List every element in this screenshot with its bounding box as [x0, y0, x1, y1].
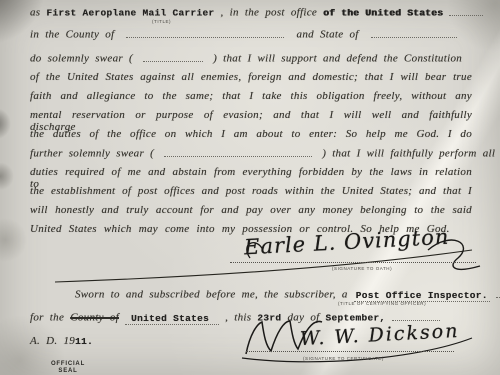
state-label: and State of — [297, 29, 359, 41]
jurisdiction-typed: United States — [125, 313, 219, 325]
state-blank — [371, 28, 457, 38]
seal-line-2: SEAL — [46, 368, 90, 375]
seal-line-1: OFFICIAL — [46, 361, 90, 368]
dotted-blank — [496, 288, 500, 298]
title-line: as First Aeroplane Mail Carrier , in the… — [30, 6, 472, 19]
swear-close: ) that I will support and defend the Con… — [213, 53, 462, 65]
certifier-caption: (TITLE OF CERTIFYING OFFICER) — [338, 301, 426, 306]
this-label: , this — [225, 312, 251, 324]
swear-blank — [143, 52, 203, 62]
year-typed: 11. — [75, 336, 93, 347]
oath-line: faith and allegiance to the same; that I… — [30, 90, 472, 102]
for-the-label: for the — [30, 312, 64, 324]
further-oath-line: further solemnly swear ( ) that I will f… — [30, 147, 472, 160]
post-office-phrase: , in the post office — [221, 7, 318, 19]
title-caption: (TITLE) — [152, 19, 171, 24]
title-typed-value: First Aeroplane Mail Carrier — [46, 8, 214, 19]
office-typed-value: of the United States — [323, 8, 443, 19]
certificate-signature-caption: (SIGNATURE TO CERTIFICATE) — [303, 356, 384, 361]
swear-open: do solemnly swear ( — [30, 53, 133, 65]
oath-line: of the United States against all enemies… — [30, 71, 472, 83]
oath-line: the establishment of post offices and po… — [30, 185, 472, 197]
oath-line: the duties of the office on which I am a… — [30, 128, 472, 140]
certificate-signature-baseline — [246, 341, 454, 352]
oath-line: will honestly and truly account for and … — [30, 204, 472, 216]
month-typed: September, — [326, 313, 386, 324]
dotted-blank — [392, 311, 440, 321]
further-open: further solemnly swear ( — [30, 148, 154, 160]
document-page: as First Aeroplane Mail Carrier , in the… — [0, 0, 500, 375]
further-blank — [164, 147, 312, 157]
certifier-title-typed: Post Office Inspector. — [354, 290, 490, 302]
day-typed: 23rd — [257, 313, 281, 324]
further-close: ) that I will faithfully perform all the — [322, 148, 500, 160]
ad-label: A. D. 19 — [30, 335, 75, 347]
as-label: as — [30, 7, 40, 19]
sworn-line: Sworn to and subscribed before me, the s… — [75, 288, 475, 301]
official-seal-label: OFFICIAL SEAL — [46, 361, 90, 375]
struck-county-of: County of — [70, 312, 119, 324]
dotted-blank — [449, 6, 483, 16]
oath-signature-caption: (SIGNATURE TO OATH) — [332, 266, 392, 271]
county-label: in the County of — [30, 29, 114, 41]
day-of-label: day of — [287, 312, 319, 324]
county-blank — [126, 28, 284, 38]
oath-open-line: do solemnly swear ( ) that I will suppor… — [30, 52, 472, 65]
oath-signature-baseline — [230, 252, 476, 263]
county-state-line: in the County of and State of — [30, 28, 472, 41]
sworn-phrase: Sworn to and subscribed before me, the s… — [75, 289, 348, 301]
